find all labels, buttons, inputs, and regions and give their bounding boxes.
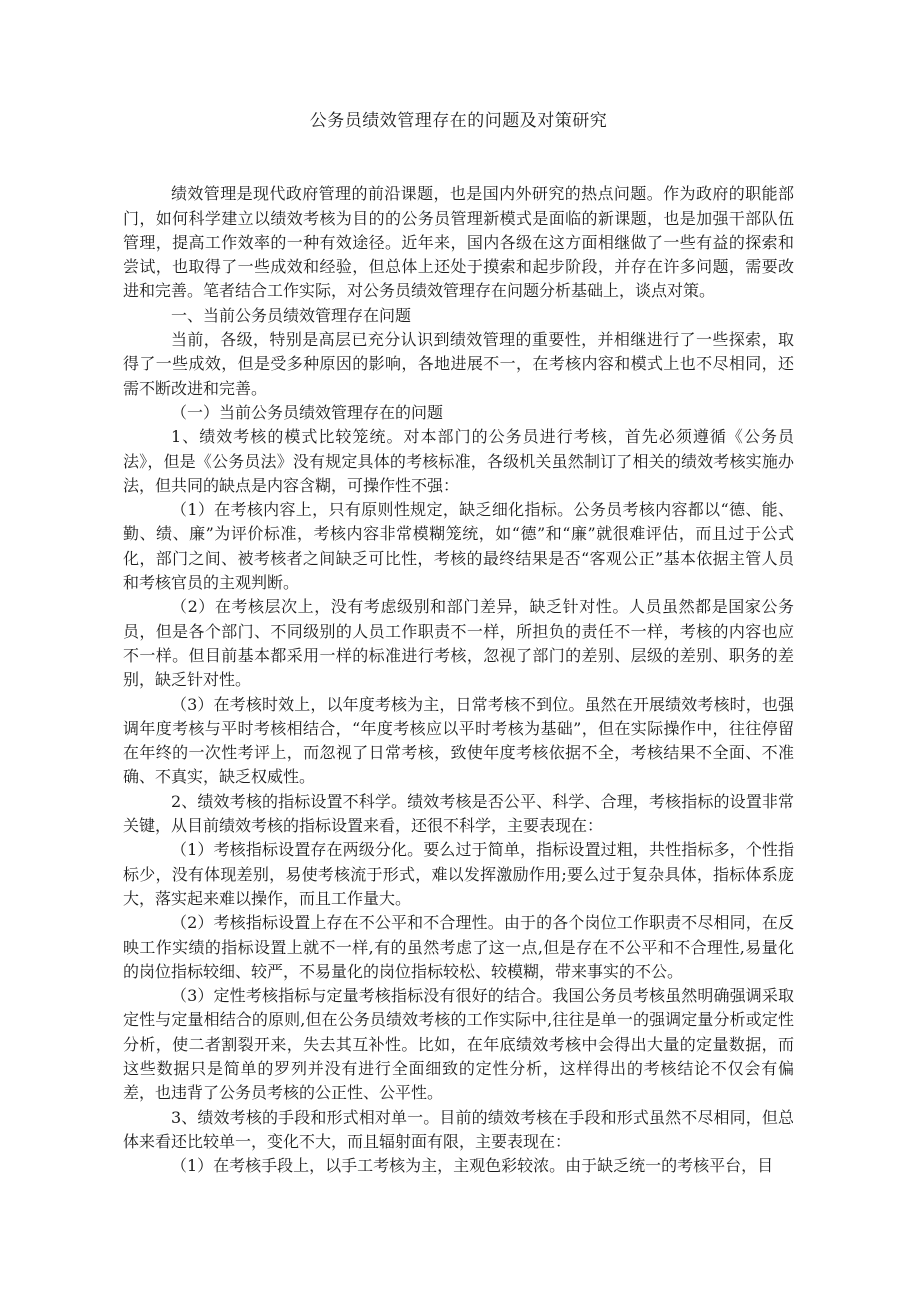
paragraph-current-status: 当前，各级，特别是高层已充分认识到绩效管理的重要性，并相继进行了一些探索，取得了… bbox=[123, 328, 794, 401]
paragraph-point-1-model: 1、绩效考核的模式比较笼统。对本部门的公务员进行考核，首先必须遵循《公务员法》，… bbox=[123, 425, 794, 498]
paragraph-point-2-indicators: 2、绩效考核的指标设置不科学。绩效考核是否公平、科学、合理，考核指标的设置非常关… bbox=[123, 790, 794, 839]
paragraph-point-2-sub-1: （1）考核指标设置存在两级分化。要么过于简单，指标设置过粗，共性指标多，个性指标… bbox=[123, 838, 794, 911]
paragraph-intro: 绩效管理是现代政府管理的前沿课题，也是国内外研究的热点问题。作为政府的职能部门，… bbox=[123, 182, 794, 303]
section-heading-1: 一、当前公务员绩效管理存在问题 bbox=[123, 304, 794, 328]
paragraph-point-2-sub-3: （3）定性考核指标与定量考核指标没有很好的结合。我国公务员考核虽然明确强调采取定… bbox=[123, 984, 794, 1105]
paragraph-point-3-sub-1: （1）在考核手段上，以手工考核为主，主观色彩较浓。由于缺乏统一的考核平台，目 bbox=[123, 1154, 794, 1178]
paragraph-point-2-sub-2: （2）考核指标设置上存在不公平和不合理性。由于的各个岗位工作职责不尽相同，在反映… bbox=[123, 911, 794, 984]
paragraph-point-1-sub-2: （2）在考核层次上，没有考虑级别和部门差异，缺乏针对性。人员虽然都是国家公务员，… bbox=[123, 595, 794, 692]
section-heading-1-1: （一）当前公务员绩效管理存在的问题 bbox=[123, 401, 794, 425]
paragraph-point-3-methods: 3、绩效考核的手段和形式相对单一。目前的绩效考核在手段和形式虽然不尽相同，但总体… bbox=[123, 1106, 794, 1155]
document-body: 公务员绩效管理存在的问题及对策研究 绩效管理是现代政府管理的前沿课题，也是国内外… bbox=[0, 0, 920, 1178]
paragraph-point-1-sub-1: （1）在考核内容上，只有原则性规定，缺乏细化指标。公务员考核内容都以“德、能、勤… bbox=[123, 498, 794, 595]
document-page: 公务员绩效管理存在的问题及对策研究 绩效管理是现代政府管理的前沿课题，也是国内外… bbox=[0, 0, 920, 1302]
document-title: 公务员绩效管理存在的问题及对策研究 bbox=[123, 109, 794, 133]
paragraph-point-1-sub-3: （3）在考核时效上，以年度考核为主，日常考核不到位。虽然在开展绩效考核时，也强调… bbox=[123, 693, 794, 790]
